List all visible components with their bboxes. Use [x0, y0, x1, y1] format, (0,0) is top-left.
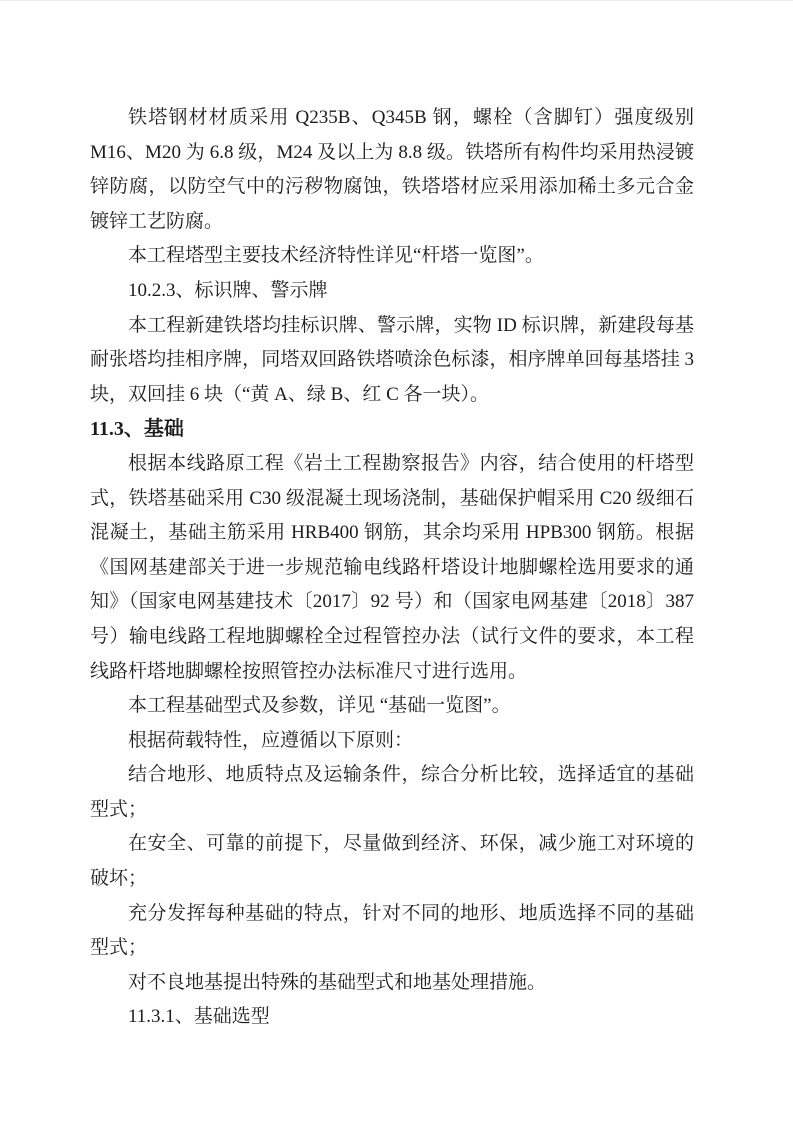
- body-paragraph-principle-variety: 充分发挥每种基础的特点，针对不同的地形、地质选择不同的基础型式；: [90, 897, 694, 966]
- body-paragraph-load-principles: 根据荷载特性，应遵循以下原则：: [90, 724, 694, 759]
- body-paragraph-principle-economy: 在安全、可靠的前提下，尽量做到经济、环保，减少施工对环境的破坏；: [90, 827, 694, 896]
- body-paragraph-foundation-concrete: 根据本线路原工程《岩土工程勘察报告》内容，结合使用的杆塔型式，铁塔基础采用 C3…: [90, 447, 694, 689]
- body-paragraph-signage: 本工程新建铁塔均挂标识牌、警示牌，实物 ID 标识牌，新建段每基耐张塔均挂相序牌…: [90, 309, 694, 413]
- section-heading-11-3: 11.3、基础: [90, 412, 694, 447]
- body-paragraph-foundation-overview: 本工程基础型式及参数，详见 “基础一览图”。: [90, 689, 694, 724]
- body-paragraph-tower-overview: 本工程塔型主要技术经济特性详见“杆塔一览图”。: [90, 239, 694, 274]
- body-paragraph-principle-terrain: 结合地形、地质特点及运输条件，综合分析比较，选择适宜的基础型式；: [90, 758, 694, 827]
- subsection-heading-11-3-1: 11.3.1、基础选型: [90, 1000, 694, 1035]
- body-paragraph-principle-badsoil: 对不良地基提出特殊的基础型式和地基处理措施。: [90, 966, 694, 1001]
- subsection-heading-10-2-3: 10.2.3、标识牌、警示牌: [90, 274, 694, 309]
- document-page: 铁塔钢材材质采用 Q235B、Q345B 钢，螺栓（含脚钉）强度级别 M16、M…: [0, 0, 793, 1122]
- body-paragraph-steel-material: 铁塔钢材材质采用 Q235B、Q345B 钢，螺栓（含脚钉）强度级别 M16、M…: [90, 101, 694, 239]
- document-body: 铁塔钢材材质采用 Q235B、Q345B 钢，螺栓（含脚钉）强度级别 M16、M…: [90, 101, 694, 1035]
